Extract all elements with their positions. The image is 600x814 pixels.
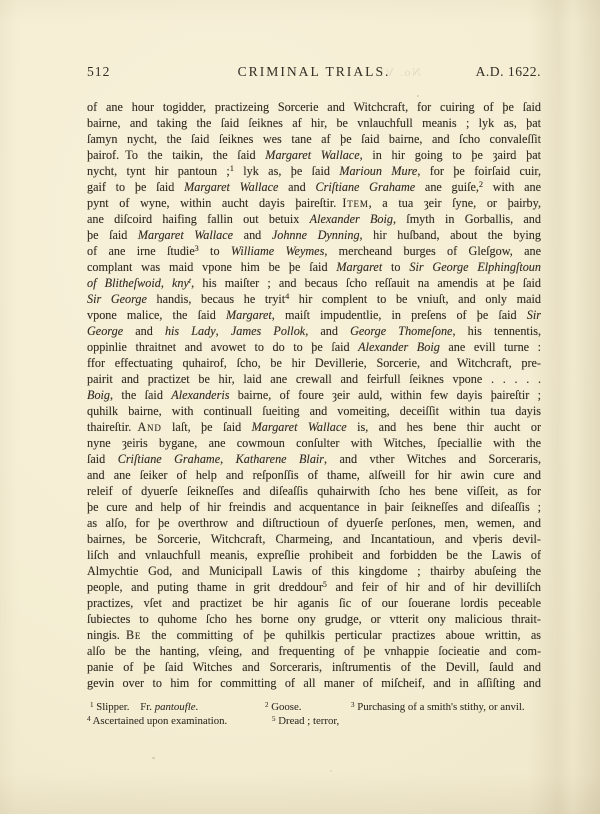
text-line: people, and puting thame in grit dreddou… <box>87 579 541 595</box>
text-segment: gaif to þe ſaid <box>87 180 184 194</box>
superscript-marker: 1 <box>230 164 234 173</box>
footnote-3: 3 Purchasing of a smith's stithy, or anv… <box>351 701 525 713</box>
footnote-1: 1 Slipper. Fr. pantoufle. <box>90 701 198 713</box>
paper-speck <box>152 757 155 759</box>
text-segment: Slipper. Fr. <box>94 701 155 713</box>
text-segment: ane diſcoird haifing fallin out betuix <box>87 212 310 226</box>
text-segment: , the ſaid <box>110 388 171 402</box>
text-segment: handis, becaus he tryit <box>147 292 285 306</box>
text-segment: , <box>216 324 231 338</box>
text-segment: ane guiſe, <box>415 180 479 194</box>
text-segment: the committing of þe quhilkis perticular… <box>141 628 541 642</box>
text-segment: bairne, and taking the ſaid ſeiknes af h… <box>87 116 541 130</box>
text-line: of Blitheſwoid, knyt, his maiſter ; and … <box>87 275 541 291</box>
text-segment: , and vther Witches and Sorceraris, <box>324 452 541 466</box>
superscript-marker: 2 <box>265 701 269 709</box>
text-line: Almychtie God, and Municipall Lawis of t… <box>87 563 541 579</box>
paper-speck <box>330 770 332 772</box>
text-line: nycht, tynt hir pantoun ;1 lyk as, þe ſa… <box>87 163 541 179</box>
text-segment: Boig <box>87 388 110 402</box>
superscript-marker: 3 <box>195 244 199 253</box>
text-segment: Katharene Blair <box>236 452 324 466</box>
text-line: Sir George handis, becaus he tryit4 hir … <box>87 291 541 307</box>
text-segment: and <box>233 228 272 242</box>
text-line: oppinlie thraitnet and avowet to do to þ… <box>87 339 541 355</box>
text-segment: Almychtie God, and Municipall Lawis of t… <box>87 564 541 578</box>
text-segment: to <box>382 260 409 274</box>
text-line: and ane ſeiker of help and reſponſſis of… <box>87 467 541 483</box>
text-segment: to <box>199 244 231 258</box>
text-segment: Be <box>126 628 141 642</box>
text-segment: as alſo, for þe overthrow and diſtructio… <box>87 516 541 530</box>
text-segment: Williame Weymes <box>231 244 324 258</box>
text-segment: panie of þe ſaid Witches and Sorceraris,… <box>87 660 541 674</box>
text-line: bairne, and taking the ſaid ſeiknes af h… <box>87 115 541 131</box>
superscript-marker: 3 <box>351 701 355 709</box>
text-line: ningis. Be the committing of þe quhilkis… <box>87 627 541 643</box>
text-segment: , mercheand burges of Gleſgow, ane <box>324 244 541 258</box>
text-segment: , hir huſband, about the bying <box>360 228 541 242</box>
bleed-through-text: No. VI. <box>374 65 421 80</box>
text-line: of ane irne ſtudie3 to Williame Weymes, … <box>87 243 541 259</box>
text-segment: quhilk bairne, with continuall ſueiting … <box>87 404 541 418</box>
text-line: thaireſtir. And laſt, þe ſaid Margaret W… <box>87 419 541 435</box>
superscript-marker: 5 <box>323 580 327 589</box>
text-segment: and <box>123 324 165 338</box>
text-line: ſamyn nycht, the ſaid ſeiknes wes tane a… <box>87 131 541 147</box>
running-title: CRIMINAL TRIALS. <box>238 64 391 80</box>
text-segment: Margaret Wallace <box>138 228 233 242</box>
body-text: of ane hour togidder, practizeing Sorcer… <box>87 99 541 691</box>
text-segment: nycht, tynt hir pantoun ; <box>87 164 230 178</box>
text-line: nyne ȝeiris bygane, ane cowmoun conſulte… <box>87 435 541 451</box>
text-segment: Sir George Elphingſtoun <box>409 260 541 274</box>
text-segment: Marioun Mure <box>339 164 417 178</box>
book-page: 512 CRIMINAL TRIALS. No. VI. A.D. 1622. … <box>0 0 600 814</box>
text-segment: vpone malice, the ſaid <box>87 308 226 322</box>
text-segment: Margaret <box>336 260 382 274</box>
text-line: George and his Lady, James Pollok, and G… <box>87 323 541 339</box>
text-segment: practizes, vſet and practizet be hir aga… <box>87 596 541 610</box>
text-line: pynt of wyne, within aucht dayis þaireſt… <box>87 195 541 211</box>
text-segment: ffor effectuating quhairof, ſcho, be hir… <box>87 356 541 370</box>
text-segment: ſamyn nycht, the ſaid ſeiknes wes tane a… <box>87 132 541 146</box>
text-segment: Alexander Boig <box>358 340 440 354</box>
text-line: ſaid Criſtiane Grahame, Katharene Blair,… <box>87 451 541 467</box>
text-line: releif of dyuerſe ſeikneſſes and diſeaſſ… <box>87 483 541 499</box>
text-line: complant was maid vpone him be þe ſaid M… <box>87 259 541 275</box>
text-segment: bairne, of foure ȝeir auld, within few d… <box>229 388 541 402</box>
text-line: þe ſaid Margaret Wallace and Johnne Dynn… <box>87 227 541 243</box>
superscript-marker: 5 <box>272 715 276 723</box>
text-segment: gevin over to him for committing of all … <box>87 676 541 690</box>
text-segment: Goose. <box>269 701 302 713</box>
text-segment: pynt of wyne, within aucht dayis þaireſt… <box>87 196 342 210</box>
text-segment: And <box>137 420 161 434</box>
text-segment: , in hir going to þe ȝaird þat <box>360 148 541 162</box>
text-segment: Sir <box>527 308 541 322</box>
page-header: 512 CRIMINAL TRIALS. No. VI. A.D. 1622. <box>87 64 541 81</box>
text-segment: pairit and practizet be hir, laid ane cr… <box>87 372 541 386</box>
text-segment: Alexanderis <box>171 388 229 402</box>
text-segment: hir complent to be vniuſt, and only maid <box>289 292 541 306</box>
text-segment: nyne ȝeiris bygane, ane cowmoun conſulte… <box>87 436 541 450</box>
text-segment: of Blitheſwoid, kny <box>87 276 189 290</box>
text-line: ane diſcoird haifing fallin out betuix A… <box>87 211 541 227</box>
footnote-2: 2 Goose. <box>265 701 302 713</box>
text-segment: Alexander Boig <box>310 212 393 226</box>
text-line: liſch and vnlauchfull meanis, expreſlie … <box>87 547 541 563</box>
text-line: gevin over to him for committing of all … <box>87 675 541 691</box>
text-segment: complant was maid vpone him be þe ſaid <box>87 260 336 274</box>
text-segment: of ane hour togidder, practizeing Sorcer… <box>87 100 541 114</box>
text-segment: Johnne Dynning <box>272 228 360 242</box>
text-line: pairit and practizet be hir, laid ane cr… <box>87 371 541 387</box>
text-segment: George <box>87 324 123 338</box>
text-segment: , maiſt impudentlie, in preſens of þe ſa… <box>272 308 527 322</box>
text-segment: releif of dyuerſe ſeikneſſes and diſeaſſ… <box>87 484 541 498</box>
text-segment: and <box>278 180 315 194</box>
text-segment: þe ſaid <box>87 228 138 242</box>
text-segment: Sir George <box>87 292 147 306</box>
text-segment: Item <box>342 196 368 210</box>
text-line: þe cure and help of hir freindis and acq… <box>87 499 541 515</box>
text-segment: and feir of hir and of hir devilliſch <box>327 580 541 594</box>
text-segment: James Pollok <box>231 324 305 338</box>
footnote-5: 5 Dread ; terror, <box>272 715 339 727</box>
text-segment: Margaret Wallace <box>265 148 359 162</box>
text-segment: Margaret Wallace <box>252 420 347 434</box>
text-segment: people, and puting thame in grit dreddou… <box>87 580 323 594</box>
text-segment: and ane ſeiker of help and reſponſſis of… <box>87 468 541 482</box>
text-line: quhilk bairne, with continuall ſueiting … <box>87 403 541 419</box>
text-segment: thaireſtir. <box>87 420 137 434</box>
text-segment: , ſmyth in Gorballis, and <box>393 212 541 226</box>
text-segment: Margaret <box>226 308 272 322</box>
text-segment: Ascertained upon examination. <box>91 715 228 727</box>
text-segment: of ane irne ſtudie <box>87 244 195 258</box>
text-segment: liſch and vnlauchfull meanis, expreſlie … <box>87 548 541 562</box>
text-line: of ane hour togidder, practizeing Sorcer… <box>87 99 541 115</box>
text-segment: oppinlie thraitnet and avowet to do to þ… <box>87 340 358 354</box>
superscript-marker: t <box>189 276 191 285</box>
text-segment: , his tennentis, <box>452 324 541 338</box>
page-number: 512 <box>87 64 110 80</box>
text-segment: , his maiſter ; and becaus ſcho reſſauit… <box>191 276 541 290</box>
text-segment: , for þe foirſaid cuir, <box>417 164 541 178</box>
text-segment: . <box>196 701 199 713</box>
text-line: þairof. To the taikin, the ſaid Margaret… <box>87 147 541 163</box>
text-line: bairnes, be Sorcerie, Witchcraft, Charme… <box>87 531 541 547</box>
superscript-marker: 2 <box>479 180 483 189</box>
text-segment: ningis. <box>87 628 126 642</box>
text-segment: , and <box>305 324 350 338</box>
text-line: practizes, vſet and practizet be hir aga… <box>87 595 541 611</box>
text-segment: ane evill turne : <box>440 340 541 354</box>
superscript-marker: 4 <box>285 292 289 301</box>
text-segment: bairnes, be Sorcerie, Witchcraft, Charme… <box>87 532 541 546</box>
text-segment: is, and hes bene thir aucht or <box>347 420 541 434</box>
text-segment: þairof. To the taikin, the ſaid <box>87 148 265 162</box>
text-segment: , <box>220 452 235 466</box>
text-line: vpone malice, the ſaid Margaret, maiſt i… <box>87 307 541 323</box>
paper-speck <box>417 95 419 97</box>
text-segment: laſt, þe ſaid <box>162 420 252 434</box>
text-line: Boig, the ſaid Alexanderis bairne, of fo… <box>87 387 541 403</box>
text-line: panie of þe ſaid Witches and Sorceraris,… <box>87 659 541 675</box>
text-segment: , a tua ȝeir ſyne, or þairby, <box>369 196 541 210</box>
text-segment: lyk as, þe ſaid <box>234 164 339 178</box>
text-segment: Margaret Wallace <box>184 180 278 194</box>
text-segment: his Lady <box>165 324 216 338</box>
footnote-4: 4 Ascertained upon examination. <box>87 715 227 727</box>
text-segment: þe cure and help of hir freindis and acq… <box>87 500 541 514</box>
text-line: as alſo, for þe overthrow and diſtructio… <box>87 515 541 531</box>
text-segment: pantoufle <box>155 701 196 713</box>
text-segment: George Thomeſone <box>350 324 452 338</box>
superscript-marker: 1 <box>90 701 94 709</box>
text-segment: ſaid <box>87 452 118 466</box>
text-line: alſo be the hanting, vſeing, and frequen… <box>87 643 541 659</box>
text-segment: with ane <box>483 180 541 194</box>
text-segment: Purchasing of a smith's stithy, or anvil… <box>355 701 525 713</box>
header-date: A.D. 1622. <box>476 64 541 80</box>
text-segment: alſo be the hanting, vſeing, and frequen… <box>87 644 541 658</box>
text-segment: Criſtiane Grahame <box>118 452 220 466</box>
text-line: gaif to þe ſaid Margaret Wallace and Cri… <box>87 179 541 195</box>
text-line: ffor effectuating quhairof, ſcho, be hir… <box>87 355 541 371</box>
superscript-marker: 4 <box>87 715 91 723</box>
text-segment: Criſtiane Grahame <box>315 180 415 194</box>
text-segment: Dread ; terror, <box>276 715 340 727</box>
text-line: ſubiectes to quhome ſcho hes borne ony g… <box>87 611 541 627</box>
text-segment: ſubiectes to quhome ſcho hes borne ony g… <box>87 612 541 626</box>
